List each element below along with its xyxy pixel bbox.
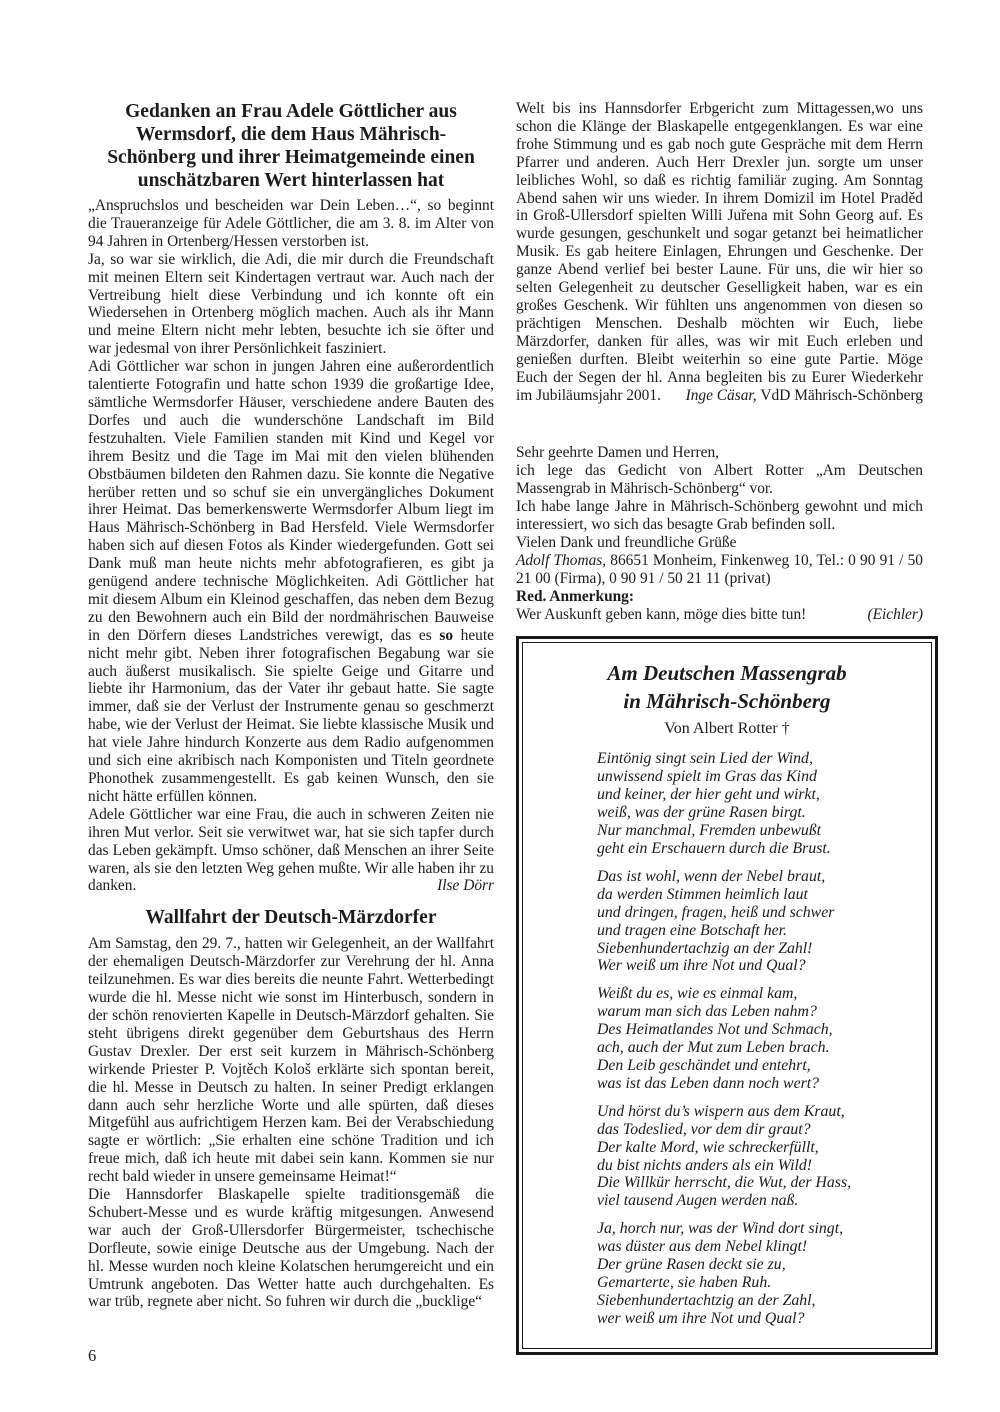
article1-paragraph-1: „Anspruchslos und bescheiden war Dein Le… — [88, 197, 494, 251]
letter-body-1: ich lege das Gedicht von Albert Rotter „… — [516, 462, 923, 498]
article1-paragraph-4: Adele Göttlicher war eine Frau, die auch… — [88, 806, 494, 896]
reader-letter: Sehr geehrte Damen und Herren, ich lege … — [516, 444, 923, 623]
article1-paragraph-3: Adi Göttlicher war schon in jungen Jahre… — [88, 358, 494, 806]
right-column: Welt bis ins Hannsdorfer Erbgericht zum … — [516, 100, 923, 1355]
poem-stanza-2: Das ist wohl, wenn der Nebel braut, da w… — [597, 868, 921, 975]
poem-title: Am Deutschen Massengrab in Mährisch-Schö… — [533, 660, 921, 715]
poem-frame-inner: Am Deutschen Massengrab in Mährisch-Schö… — [522, 642, 932, 1348]
article2-continuation-text: Welt bis ins Hannsdorfer Erbgericht zum … — [516, 100, 923, 404]
article1-paragraph-3-bold-word: so — [439, 627, 453, 644]
poem-stanza-1: Eintönig singt sein Lied der Wind, unwis… — [597, 750, 921, 857]
editor-note-text: Wer Auskunft geben kann, möge dies bitte… — [516, 606, 806, 623]
poem-byline: Von Albert Rotter † — [533, 719, 921, 739]
article1-paragraph-3-end: heute nicht mehr gibt. Neben ihrer fotog… — [88, 627, 494, 805]
editor-note-line: Wer Auskunft geben kann, möge dies bitte… — [516, 606, 923, 624]
newsletter-page: Gedanken an Frau Adele Göttlicher aus We… — [0, 0, 1000, 1412]
letter-contact-line: Adolf Thomas, 86651 Monheim, Finkenweg 1… — [516, 552, 923, 588]
article1-signature: Ilse Dörr — [437, 877, 494, 895]
article2-signature: Inge Cäsar, VdD Mährisch-Schönberg — [686, 387, 923, 405]
editor-note-label: Red. Anmerkung: — [516, 588, 923, 606]
article2-signature-org: VdD Mährisch-Schönberg — [757, 387, 923, 404]
letter-contact-name: Adolf Thomas, — [516, 552, 606, 569]
letter-body-2: Ich habe lange Jahre in Mährisch-Schönbe… — [516, 498, 923, 534]
article2-paragraph-2: Die Hannsdorfer Blaskapelle spielte trad… — [88, 1186, 494, 1311]
article1-title: Gedanken an Frau Adele Göttlicher aus We… — [88, 100, 494, 192]
article1-paragraph-4-text: Adele Göttlicher war eine Frau, die auch… — [88, 806, 494, 895]
poem-stanza-5: Ja, horch nur, was der Wind dort singt, … — [597, 1220, 921, 1327]
article1-paragraph-3-start: Adi Göttlicher war schon in jungen Jahre… — [88, 358, 494, 644]
left-column: Gedanken an Frau Adele Göttlicher aus We… — [88, 100, 494, 1311]
article2-title: Wallfahrt der Deutsch-Märzdorfer — [88, 906, 494, 929]
article1-paragraph-2: Ja, so war sie wirklich, die Adi, die mi… — [88, 251, 494, 358]
letter-greeting: Sehr geehrte Damen und Herren, — [516, 444, 923, 462]
poem-stanza-3: Weißt du es, wie es einmal kam, warum ma… — [597, 985, 921, 1092]
article2-continuation-paragraph: Welt bis ins Hannsdorfer Erbgericht zum … — [516, 100, 923, 404]
page-number: 6 — [88, 1346, 96, 1366]
editor-note-signature: (Eichler) — [867, 606, 923, 624]
poem-stanza-4: Und hörst du’s wispern aus dem Kraut, da… — [597, 1103, 921, 1210]
article2-paragraph-1: Am Samstag, den 29. 7., hatten wir Geleg… — [88, 935, 494, 1186]
poem-frame: Am Deutschen Massengrab in Mährisch-Schö… — [516, 636, 938, 1354]
article2-signature-name: Inge Cäsar, — [686, 387, 757, 404]
letter-body-3: Vielen Dank und freundliche Grüße — [516, 534, 923, 552]
